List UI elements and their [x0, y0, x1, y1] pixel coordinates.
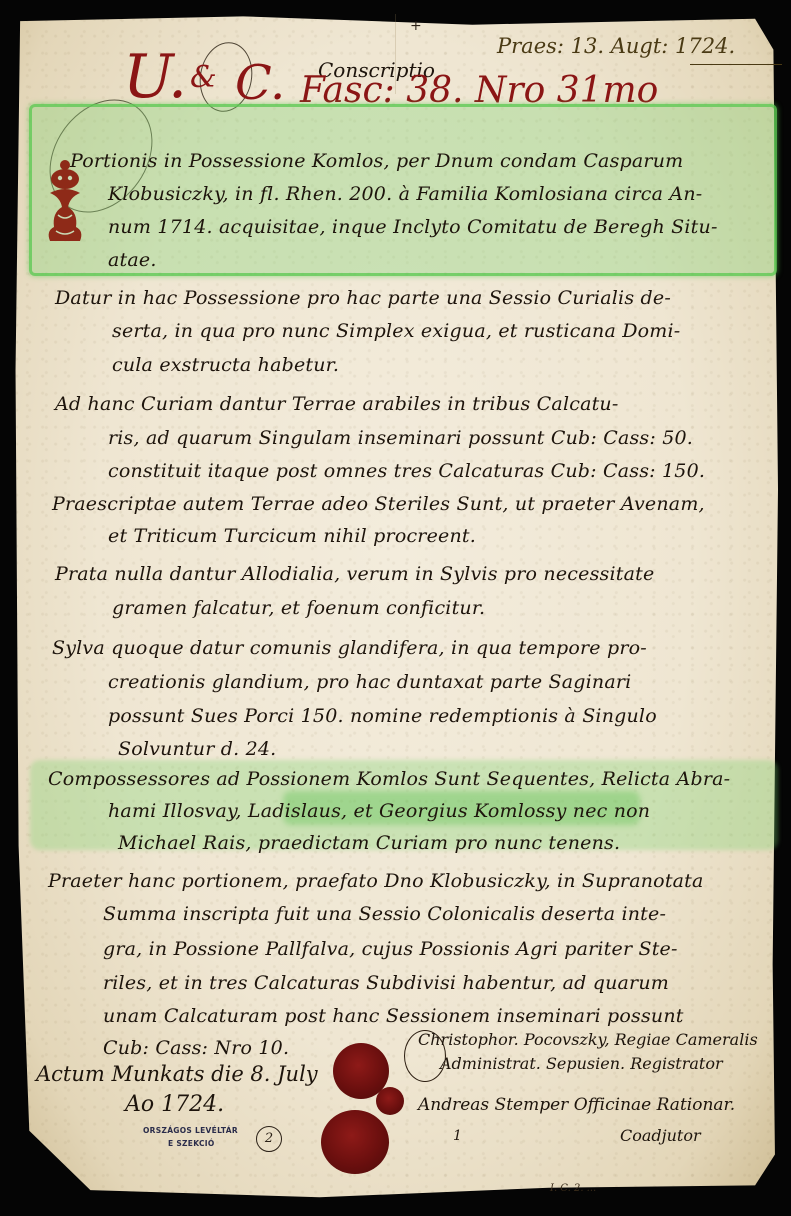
actum-place-date: Actum Munkats die 8. July — [36, 1062, 318, 1086]
red-title-c: C. — [235, 55, 285, 111]
paragraph-line: serta, in qua pro nunc Simplex exigua, e… — [112, 320, 680, 342]
wax-seal — [376, 1087, 404, 1115]
paragraph-line: creationis glandium, pro hac duntaxat pa… — [108, 671, 631, 693]
signature-line: Administrat. Sepusien. Registrator — [440, 1054, 723, 1073]
signature-line: Coadjutor — [620, 1126, 701, 1145]
cross-mark: + — [410, 18, 422, 34]
paragraph-line: gramen falcatur, et foenum conficitur. — [112, 597, 485, 619]
paragraph-line: possunt Sues Porci 150. nomine redemptio… — [108, 705, 657, 727]
received-date-underline — [690, 64, 782, 65]
paragraph-line: Michael Rais, praedictam Curiam pro nunc… — [118, 832, 620, 854]
paragraph-line: hami Illosvay, Ladislaus, et Georgius Ko… — [108, 800, 650, 822]
paragraph-line: Ad hanc Curiam dantur Terrae arabiles in… — [55, 393, 619, 415]
archive-stamp-line2: E SZEKCIÓ — [168, 1139, 215, 1148]
paragraph-line: Summa inscripta fuit una Sessio Colonica… — [103, 903, 666, 925]
paragraph-line: constituit itaque post omnes tres Calcat… — [108, 460, 705, 482]
paragraph-line: riles, et in tres Calcaturas Subdivisi h… — [103, 972, 669, 994]
paragraph-line: Praescriptae autem Terrae adeo Steriles … — [52, 493, 705, 515]
paragraph-line: Compossessores ad Possionem Komlos Sunt … — [48, 768, 730, 790]
title-line: Klobusiczky, in fl. Rhen. 200. à Familia… — [108, 183, 702, 205]
paragraph-line: Prata nulla dantur Allodialia, verum in … — [55, 563, 654, 585]
small-mark: 1 — [453, 1128, 462, 1144]
paragraph-line: Datur in hac Possessione pro hac parte u… — [55, 287, 671, 309]
paragraph-line: gra, in Possione Pallfalva, cujus Possio… — [103, 938, 678, 960]
paragraph-line: Sylva quoque datur comunis glandifera, i… — [52, 637, 647, 659]
paragraph-line: cula exstructa habetur. — [112, 354, 339, 376]
received-date-note: Praes: 13. Augt: 1724. — [497, 34, 735, 58]
actum-year: Ao 1724. — [125, 1092, 224, 1117]
title-line: num 1714. acquisitae, inque Inclyto Comi… — [108, 216, 718, 238]
paragraph-line: Cub: Cass: Nro 10. — [103, 1037, 289, 1059]
signature-line: Andreas Stemper Officinae Rationar. — [418, 1095, 735, 1115]
paragraph-line: et Triticum Turcicum nihil procreent. — [108, 525, 476, 547]
signature-line: Christophor. Pocovszky, Regiae Cameralis — [418, 1030, 758, 1049]
bottom-edge-note: I. C. 2. ... — [550, 1183, 596, 1194]
archive-stamp-line1: ORSZÁGOS LEVÉLTÁR — [143, 1126, 238, 1135]
wax-seal — [321, 1110, 389, 1174]
title-line: atae. — [108, 249, 157, 271]
paragraph-line: unam Calcaturam post hanc Sessionem inse… — [103, 1005, 684, 1027]
paragraph-line: ris, ad quarum Singulam inseminari possu… — [108, 427, 693, 449]
paragraph-line: Praeter hanc portionem, praefato Dno Klo… — [48, 870, 704, 892]
title-line: Portionis in Possessione Komlos, per Dnu… — [70, 150, 683, 172]
paragraph-line: Solvuntur d. 24. — [118, 738, 276, 760]
red-title-u: U. — [123, 42, 187, 112]
circled-page-number: 2 — [256, 1126, 282, 1152]
red-title-ampersand: & — [190, 60, 217, 95]
